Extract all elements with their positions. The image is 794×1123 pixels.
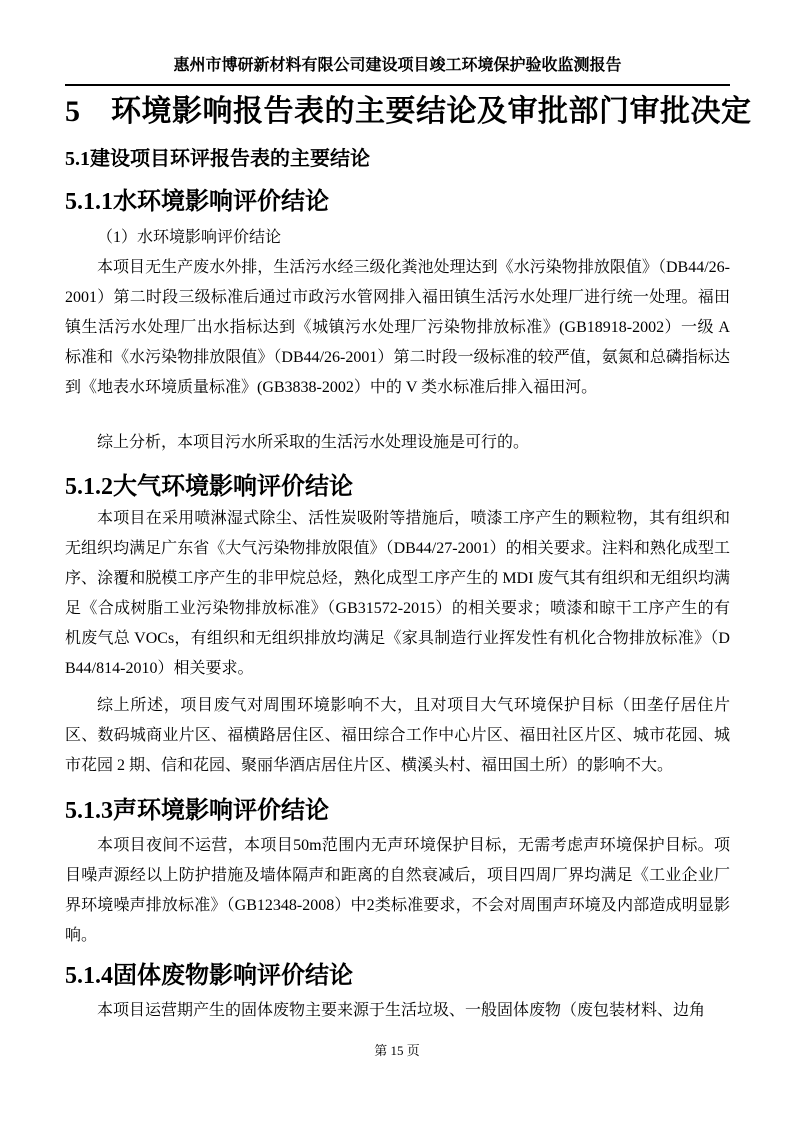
section-5-1-1-heading: 5.1.1水环境影响评价结论	[65, 187, 730, 217]
section-5-1-heading: 5.1建设项目环评报告表的主要结论	[65, 146, 730, 172]
section-5-1-4-paragraph-main: 本项目运营期产生的固体废物主要来源于生活垃圾、一般固体废物（废包装材料、边角	[65, 996, 730, 1026]
section-5-1-4-heading: 5.1.4固体废物影响评价结论	[65, 961, 730, 991]
document-page: 惠州市博研新材料有限公司建设项目竣工环境保护验收监测报告 5 环境影响报告表的主…	[0, 0, 794, 1123]
section-5-1-1-paragraph-intro: （1）水环境影响评价结论	[65, 223, 730, 253]
section-5-1-3-paragraph-main: 本项目夜间不运营，本项目50m范围内无声环境保护目标，无需考虑声环境保护目标。项…	[65, 831, 730, 951]
section-5-1-3-heading: 5.1.3声环境影响评价结论	[65, 796, 730, 826]
page-number: 第 15 页	[0, 1042, 794, 1060]
report-header-title: 惠州市博研新材料有限公司建设项目竣工环境保护验收监测报告	[65, 55, 730, 86]
section-5-1-2-heading: 5.1.2大气环境影响评价结论	[65, 472, 730, 502]
section-5-1-1-paragraph-conclusion: 综上分析，本项目污水所采取的生活污水处理设施是可行的。	[65, 428, 730, 458]
chapter-5-title: 5 环境影响报告表的主要结论及审批部门审批决定	[65, 94, 730, 130]
section-5-1-2-paragraph-conclusion: 综上所述，项目废气对周围环境影响不大，且对项目大气环境保护目标（田垄仔居住片区、…	[65, 691, 730, 781]
section-5-1-1-paragraph-main: 本项目无生产废水外排，生活污水经三级化粪池处理达到《水污染物排放限值》（DB44…	[65, 253, 730, 403]
section-5-1-2-paragraph-main: 本项目在采用喷淋湿式除尘、活性炭吸附等措施后，喷漆工序产生的颗粒物，其有组织和无…	[65, 504, 730, 684]
